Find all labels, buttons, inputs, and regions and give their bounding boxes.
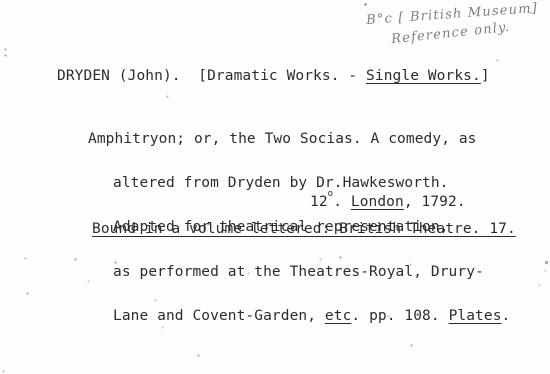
imprint-place: London	[351, 194, 404, 210]
collation-end: .	[502, 308, 511, 324]
title-line-1: Amphitryon; or, the Two Socias. A comedy…	[88, 132, 510, 147]
collation-mid: . pp. 108.	[351, 308, 448, 324]
series-single-works: Single Works.	[366, 68, 481, 84]
binding-note-line: Bound in a volume lettered: British Thea…	[92, 222, 516, 237]
handwritten-shelfmark: B°c [ British Museum]	[366, 1, 539, 28]
imprint-line: 12o. London, 1792.	[310, 191, 466, 210]
paper-specks	[0, 0, 1, 1]
catalog-card: B°c [ British Museum] Reference only. DR…	[0, 0, 550, 374]
imprint-separator: .	[333, 194, 351, 210]
format-superscript: o	[328, 189, 334, 199]
title-line-2: altered from Dryden by Dr.Hawkesworth.	[113, 176, 510, 191]
imprint-date: , 1792.	[404, 194, 466, 210]
format-number: 12	[310, 194, 328, 210]
collation-pre: Lane and Covent-Garden,	[113, 308, 325, 324]
collation-plates: Plates	[449, 308, 502, 324]
collation-etc: etc	[325, 308, 352, 324]
binding-note-text: Bound in a volume lettered: British Thea…	[92, 221, 516, 237]
author-and-series-pre: DRYDEN (John). [Dramatic Works. -	[57, 68, 366, 84]
heading-close-bracket: ]	[481, 68, 490, 84]
title-line-4: as performed at the Theatres-Royal, Drur…	[113, 265, 510, 280]
collation-line: Lane and Covent-Garden, etc. pp. 108. Pl…	[113, 309, 510, 324]
heading-line: DRYDEN (John). [Dramatic Works. - Single…	[57, 69, 490, 84]
